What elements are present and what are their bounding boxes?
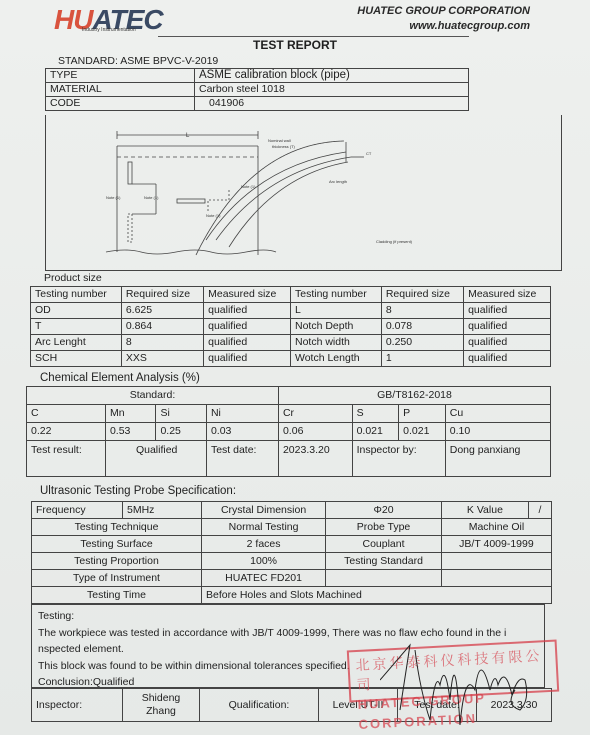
code-value: 041906 (195, 97, 469, 111)
frequency-label: Frequency (32, 502, 123, 519)
chemical-analysis-table: Standard: GB/T8162-2018 CMnSiNiCrSPCu 0.… (26, 386, 551, 477)
k-value: / (528, 502, 551, 519)
couplant-label: Couplant (326, 536, 442, 553)
standard-line: STANDARD: ASME BPVC-V-2019 (58, 55, 218, 67)
value-cell: 0.10 (445, 423, 550, 441)
cell: T (31, 319, 122, 335)
value-cell: 0.021 (352, 423, 399, 441)
cell: Wotch Length (290, 351, 381, 367)
testing-standard-label: Testing Standard (326, 553, 442, 570)
couplant-value: JB/T 4009-1999 (441, 536, 551, 553)
company-website: www.huatecgroup.com (357, 19, 530, 34)
label-nominal-wall: Nominal wall (268, 138, 291, 143)
standard-value: GB/T8162-2018 (278, 387, 550, 405)
testing-line: nspected element. (38, 641, 538, 658)
value-cell: 0.25 (156, 423, 207, 441)
element-row: CMnSiNiCrSPCu (27, 405, 551, 423)
cell: qualified (204, 319, 291, 335)
table-row: CODE041906 (46, 97, 469, 111)
material-value: Carbon steel 1018 (195, 83, 469, 97)
value-cell: 0.06 (278, 423, 352, 441)
crystal-label: Crystal Dimension (202, 502, 326, 519)
label-note-2: Note (1) (144, 195, 159, 200)
cell: 1 (381, 351, 463, 367)
surface-label: Testing Surface (32, 536, 202, 553)
table-row: Testing Time Before Holes and Slots Mach… (32, 587, 552, 604)
header-cell: Testing number (290, 287, 381, 303)
label-cladding: Cladding (if present) (376, 239, 413, 244)
testing-time-value: Before Holes and Slots Machined (202, 587, 552, 604)
element-cell: P (399, 405, 446, 423)
cell: Notch Depth (290, 319, 381, 335)
info-table: TYPEASME calibration block (pipe) MATERI… (45, 68, 469, 111)
label-arc-length: Arc length (329, 179, 347, 184)
chemical-analysis-title: Chemical Element Analysis (%) (40, 372, 200, 384)
table-row: MATERIALCarbon steel 1018 (46, 83, 469, 97)
cell: qualified (464, 335, 551, 351)
table-row: Frequency 5MHz Crystal Dimension Φ20 K V… (32, 502, 552, 519)
crystal-value: Φ20 (326, 502, 442, 519)
test-result-value: Qualified (105, 441, 206, 477)
cell: qualified (204, 303, 291, 319)
empty-cell (441, 570, 551, 587)
result-row: Test result: Qualified Test date: 2023.3… (27, 441, 551, 477)
header-cell: Measured size (464, 287, 551, 303)
table-row: Testing Proportion 100% Testing Standard (32, 553, 552, 570)
element-cell: Mn (105, 405, 155, 423)
empty-cell (326, 570, 442, 587)
element-cell: Cu (445, 405, 550, 423)
label-note-4: Note (1) (241, 184, 256, 189)
cell: qualified (464, 303, 551, 319)
cell: Notch width (290, 335, 381, 351)
cell: qualified (464, 319, 551, 335)
signoff-table: Inspector: Shideng Zhang Qualification: … (31, 688, 552, 722)
frequency-value: 5MHz (123, 502, 202, 519)
standard-label: Standard: (27, 387, 279, 405)
company-name: HUATEC GROUP CORPORATION (357, 4, 530, 19)
cell: L (290, 303, 381, 319)
testing-line: The workpiece was tested in accordance w… (38, 625, 538, 642)
element-cell: Cr (278, 405, 352, 423)
cell: qualified (204, 335, 291, 351)
element-cell: S (352, 405, 399, 423)
header-cell: Testing number (31, 287, 122, 303)
surface-value: 2 faces (202, 536, 326, 553)
table-row: OD6.625qualifiedL8qualified (31, 303, 551, 319)
logo-subtitle: Industry Instrumentation (82, 27, 136, 33)
table-row: Type of Instrument HUATEC FD201 (32, 570, 552, 587)
table-row: Inspector: Shideng Zhang Qualification: … (32, 689, 552, 722)
label-note-1: Note (1) (106, 195, 121, 200)
value-cell: 0.021 (399, 423, 446, 441)
label-ct: CT (366, 151, 372, 156)
table-header-row: Testing number Required size Measured si… (31, 287, 551, 303)
table-row: Standard: GB/T8162-2018 (27, 387, 551, 405)
cell: XXS (121, 351, 203, 367)
cell: OD (31, 303, 122, 319)
instrument-value: HUATEC FD201 (202, 570, 326, 587)
diagram-drawing: L Note (1) Note (1) Note (1) Note (1) No… (46, 115, 561, 270)
instrument-label: Type of Instrument (32, 570, 202, 587)
ultrasonic-spec-table: Frequency 5MHz Crystal Dimension Φ20 K V… (31, 501, 552, 604)
cell: Arc Lenght (31, 335, 122, 351)
product-size-title: Product size (44, 272, 102, 284)
cell: 0.250 (381, 335, 463, 351)
testing-time-label: Testing Time (32, 587, 202, 604)
table-row: T0.864qualifiedNotch Depth0.078qualified (31, 319, 551, 335)
table-row: Testing Technique Normal Testing Probe T… (32, 519, 552, 536)
ultrasonic-title: Ultrasonic Testing Probe Specification: (40, 485, 236, 497)
technique-value: Normal Testing (202, 519, 326, 536)
table-row: SCHXXSqualifiedWotch Length1qualified (31, 351, 551, 367)
cell: qualified (464, 351, 551, 367)
technique-label: Testing Technique (32, 519, 202, 536)
company-block: HUATEC GROUP CORPORATION www.huatecgroup… (357, 4, 530, 34)
test-result-label: Test result: (27, 441, 106, 477)
cell: SCH (31, 351, 122, 367)
table-row: TYPEASME calibration block (pipe) (46, 69, 469, 83)
cell: 0.078 (381, 319, 463, 335)
testing-heading: Testing: (38, 608, 538, 625)
type-value: ASME calibration block (pipe) (195, 69, 469, 83)
testing-standard-value (441, 553, 551, 570)
element-cell: C (27, 405, 106, 423)
header-divider (158, 36, 469, 37)
test-date-value: 2023.3.30 (477, 689, 552, 722)
inspector-label: Inspector by: (352, 441, 445, 477)
testing-line: This block was found to be within dimens… (38, 658, 538, 675)
inspector-name: Shideng Zhang (123, 689, 200, 722)
qualification-value: Level UT-II (319, 689, 398, 722)
value-row: 0.220.530.250.030.060.0210.0210.10 (27, 423, 551, 441)
cell: qualified (204, 351, 291, 367)
report-title: TEST REPORT (0, 38, 590, 52)
table-row: Arc Lenght8qualifiedNotch width0.250qual… (31, 335, 551, 351)
inspector-value: Dong panxiang (445, 441, 550, 477)
test-date-label: Test date: (398, 689, 477, 722)
label-thickness: thickness (T) (272, 144, 296, 149)
label-L: L (186, 133, 190, 139)
cell: 8 (381, 303, 463, 319)
qualification-label: Qualification: (200, 689, 319, 722)
product-size-table: Testing number Required size Measured si… (30, 286, 551, 367)
proportion-value: 100% (202, 553, 326, 570)
material-label: MATERIAL (46, 83, 195, 97)
table-row: Testing Surface 2 faces Couplant JB/T 40… (32, 536, 552, 553)
label-note-3: Note (1) (206, 213, 221, 218)
test-date-label: Test date: (206, 441, 278, 477)
element-cell: Si (156, 405, 207, 423)
proportion-label: Testing Proportion (32, 553, 202, 570)
value-cell: 0.03 (206, 423, 278, 441)
testing-notes: Testing: The workpiece was tested in acc… (31, 604, 545, 688)
cell: 6.625 (121, 303, 203, 319)
code-label: CODE (46, 97, 195, 111)
k-value-label: K Value (441, 502, 528, 519)
cell: 8 (121, 335, 203, 351)
test-report-page: HUATEC Industry Instrumentation HUATEC G… (0, 0, 590, 735)
test-date-value: 2023.3.20 (278, 441, 352, 477)
element-cell: Ni (206, 405, 278, 423)
type-label: TYPE (46, 69, 195, 83)
value-cell: 0.22 (27, 423, 106, 441)
probe-type-label: Probe Type (326, 519, 442, 536)
inspector-label: Inspector: (32, 689, 123, 722)
header-cell: Required size (381, 287, 463, 303)
calibration-block-diagram: L Note (1) Note (1) Note (1) Note (1) No… (45, 115, 562, 271)
value-cell: 0.53 (105, 423, 155, 441)
cell: 0.864 (121, 319, 203, 335)
header-cell: Required size (121, 287, 203, 303)
probe-type-value: Machine Oil (441, 519, 551, 536)
header-cell: Measured size (204, 287, 291, 303)
